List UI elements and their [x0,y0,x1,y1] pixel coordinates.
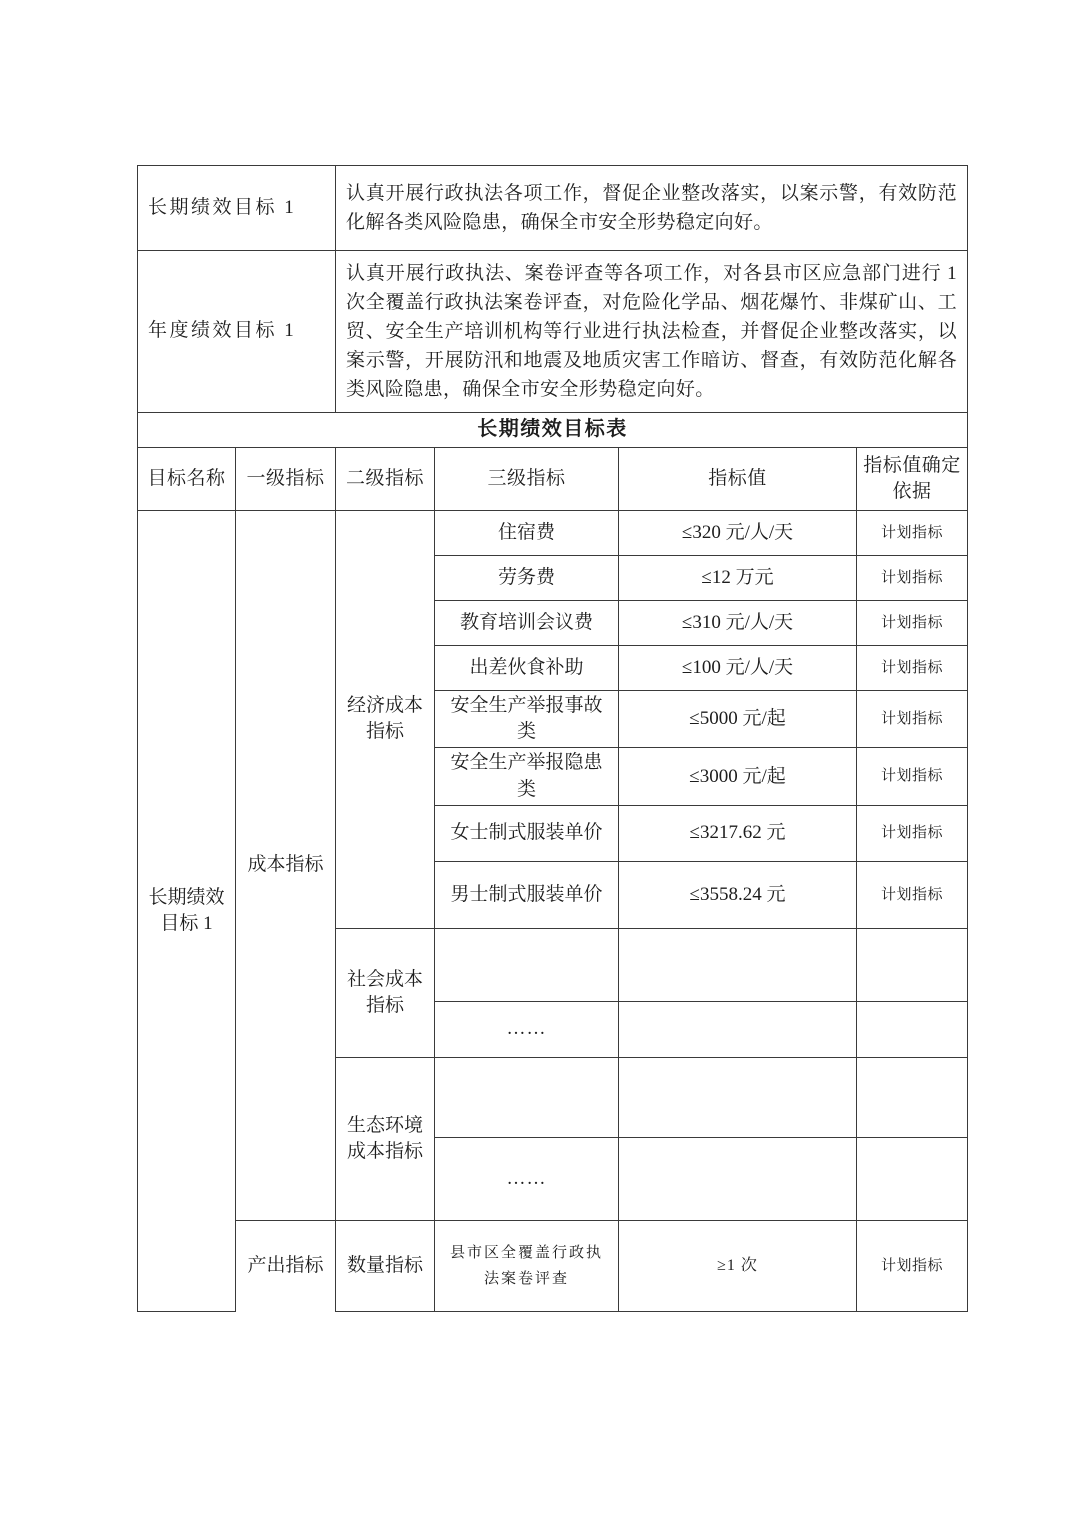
indicator-cell: …… [435,1137,619,1220]
column-header-level1: 一级指标 [236,448,336,511]
indicator-cell: 出差伙食补助 [435,646,619,691]
value-cell: ≤5000 元/起 [619,691,857,748]
indicator-cell: 男士制式服装单价 [435,861,619,928]
basis-cell: 计划指标 [857,601,968,646]
level1-output-cell: 产出指标 [236,1220,336,1311]
table-row: 产出指标 数量指标 县市区全覆盖行政执法案卷评查 ≥1 次 计划指标 [138,1220,968,1311]
value-cell: ≥1 次 [619,1220,857,1311]
indicator-cell: 安全生产举报事故类 [435,691,619,748]
basis-cell: 计划指标 [857,861,968,928]
column-header-basis: 指标值确定依据 [857,448,968,511]
annual-goal-label: 年度绩效目标 1 [138,251,336,413]
level1-cost-cell: 成本指标 [236,511,336,1221]
value-cell: ≤320 元/人/天 [619,511,857,556]
performance-table: 长期绩效目标 1 认真开展行政执法各项工作，督促企业整改落实，以案示警，有效防范… [137,165,968,1312]
column-header-level3: 三级指标 [435,448,619,511]
basis-cell: 计划指标 [857,748,968,805]
basis-cell [857,1057,968,1137]
performance-table-sheet: 长期绩效目标 1 认真开展行政执法各项工作，督促企业整改落实，以案示警，有效防范… [137,165,968,1312]
level2-economic-cell: 经济成本指标 [336,511,435,929]
value-cell [619,1137,857,1220]
document-page: { "document": { "top_rows": [ { "label":… [0,0,1074,1520]
basis-cell [857,1137,968,1220]
column-header-level2: 二级指标 [336,448,435,511]
longterm-goal-label: 长期绩效目标 1 [138,166,336,251]
indicator-cell: 住宿费 [435,511,619,556]
value-cell: ≤100 元/人/天 [619,646,857,691]
indicator-cell: …… [435,1001,619,1057]
longterm-goal-description: 认真开展行政执法各项工作，督促企业整改落实，以案示警，有效防范化解各类风险隐患，… [336,166,968,251]
value-cell: ≤12 万元 [619,556,857,601]
basis-cell: 计划指标 [857,805,968,861]
indicator-cell: 教育培训会议费 [435,601,619,646]
basis-cell: 计划指标 [857,1220,968,1311]
goal-name-cell: 长期绩效目标 1 [138,511,236,1312]
level2-social-cell: 社会成本指标 [336,928,435,1057]
level2-quantity-cell: 数量指标 [336,1220,435,1311]
basis-cell: 计划指标 [857,511,968,556]
basis-cell: 计划指标 [857,646,968,691]
table-title: 长期绩效目标表 [138,413,968,448]
basis-cell: 计划指标 [857,556,968,601]
value-cell: ≤310 元/人/天 [619,601,857,646]
indicator-cell: 安全生产举报隐患类 [435,748,619,805]
value-cell [619,1001,857,1057]
column-header-value: 指标值 [619,448,857,511]
annual-goal-description: 认真开展行政执法、案卷评查等各项工作，对各县市区应急部门进行 1 次全覆盖行政执… [336,251,968,413]
basis-cell [857,1001,968,1057]
indicator-cell: 女士制式服装单价 [435,805,619,861]
indicator-cell: 劳务费 [435,556,619,601]
value-cell: ≤3558.24 元 [619,861,857,928]
basis-cell: 计划指标 [857,691,968,748]
value-cell: ≤3000 元/起 [619,748,857,805]
column-header-goal-name: 目标名称 [138,448,236,511]
value-cell [619,928,857,1001]
indicator-cell [435,928,619,1001]
table-row: 长期绩效目标 1 成本指标 经济成本指标 住宿费 ≤320 元/人/天 计划指标 [138,511,968,556]
indicator-cell [435,1057,619,1137]
level2-ecological-cell: 生态环境成本指标 [336,1057,435,1220]
value-cell [619,1057,857,1137]
indicator-cell: 县市区全覆盖行政执法案卷评查 [435,1220,619,1311]
basis-cell [857,928,968,1001]
value-cell: ≤3217.62 元 [619,805,857,861]
